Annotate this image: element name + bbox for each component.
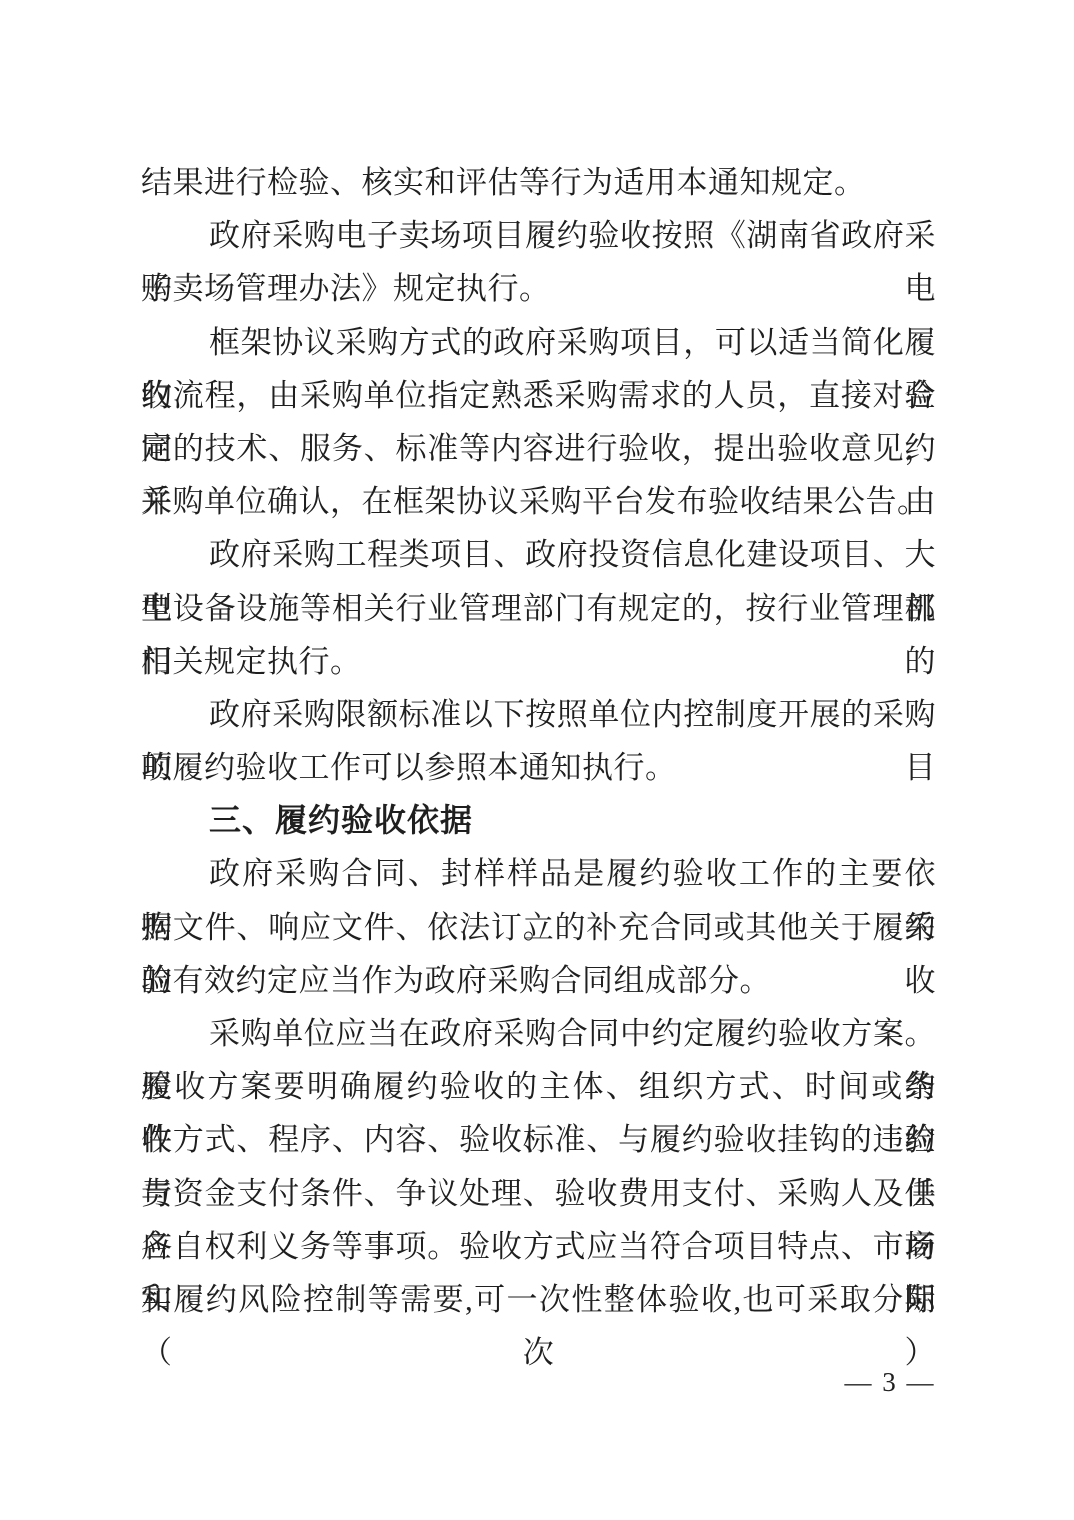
text-line: 政府采购电子卖场项目履约验收按照《湖南省政府采购电 (141, 209, 936, 262)
text-line: 采购单位应当在政府采购合同中约定履约验收方案。履约 (141, 1007, 936, 1060)
text-line: 结果进行检验、核实和评估等行为适用本通知规定。 (141, 156, 936, 209)
document-page: 结果进行检验、核实和评估等行为适用本通知规定。 政府采购电子卖场项目履约验收按照… (0, 0, 1074, 1520)
text-line: 政府采购工程类项目、政府投资信息化建设项目、大型机 (141, 528, 936, 581)
text-line: 各自权利义务等事项。验收方式应当符合项目特点、市场实际 (141, 1220, 936, 1273)
document-text-block: 结果进行检验、核实和评估等行为适用本通知规定。 政府采购电子卖场项目履约验收按照… (141, 156, 936, 1326)
text-line: 收方式、程序、内容、验收标准、与履约验收挂钩的违约责任 (141, 1113, 936, 1166)
section-heading: 三、履约验收依据 (141, 794, 936, 847)
text-line: 定的技术、服务、标准等内容进行验收，提出验收意见，并由 (141, 422, 936, 475)
page-number: — 3 — (830, 1364, 950, 1400)
text-line: 和履约风险控制等需要,可一次性整体验收,也可采取分期（次） (141, 1273, 936, 1326)
text-line: 采购单位确认，在框架协议采购平台发布验收结果公告。 (141, 475, 936, 528)
text-line: 与资金支付条件、争议处理、验收费用支付、采购人及供应商 (141, 1167, 936, 1220)
text-line: 电设备设施等相关行业管理部门有规定的，按行业管理部门的 (141, 582, 936, 635)
text-line: 购文件、响应文件、依法订立的补充合同或其他关于履约验收 (141, 901, 936, 954)
text-line: 政府采购限额标准以下按照单位内控制度开展的采购项目 (141, 688, 936, 741)
text-line: 收流程，由采购单位指定熟悉采购需求的人员，直接对合同约 (141, 369, 936, 422)
text-line: 验收方案要明确履约验收的主体、组织方式、时间或条件、验 (141, 1060, 936, 1113)
text-line: 政府采购合同、封样样品是履约验收工作的主要依据。采 (141, 847, 936, 900)
text-line: 框架协议采购方式的政府采购项目，可以适当简化履约验 (141, 316, 936, 369)
